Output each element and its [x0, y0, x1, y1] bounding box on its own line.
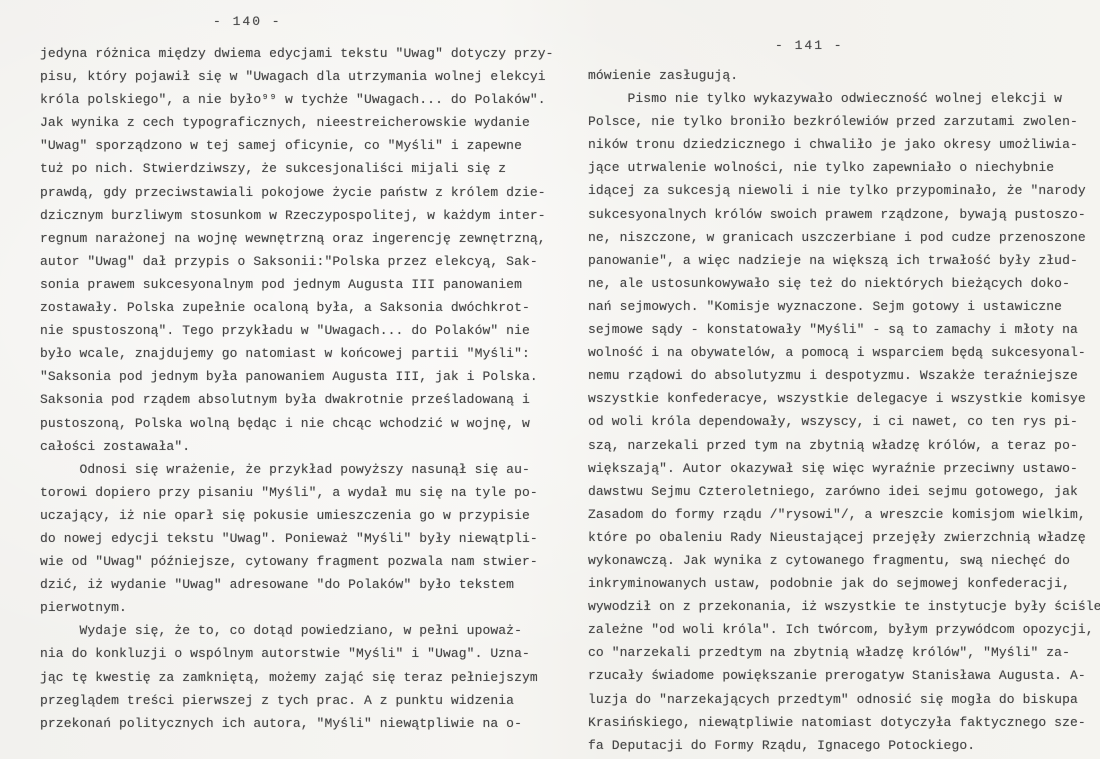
- text-line: Odnosi się wrażenie, że przykład powyższ…: [40, 458, 540, 481]
- text-line: przeglądem treści pierwszej z tych prac.…: [40, 689, 540, 712]
- text-line: zależne "od woli króla". Ich twórcom, by…: [588, 618, 1080, 641]
- text-line: pisu, który pojawił się w "Uwagach dla u…: [40, 65, 540, 88]
- text-line: sonia prawem sukcesyonalnym pod jednym A…: [40, 273, 540, 296]
- scanned-document: - 140 - jedyna różnica między dwiema edy…: [0, 0, 1100, 759]
- text-line: nań sejmowych. "Komisje wyznaczone. Sejm…: [588, 295, 1080, 318]
- text-line: wykonawczą. Jak wynika z cytowanego frag…: [588, 549, 1080, 572]
- text-line: jąc tę kwestię za zamkniętą, możemy zają…: [40, 666, 540, 689]
- text-line: przekonań politycznych ich autora, "Myśl…: [40, 712, 540, 735]
- text-line: autor "Uwag" dał przypis o Saksonii:"Pol…: [40, 250, 540, 273]
- text-line: rzucały świadome powiększanie prerogatyw…: [588, 664, 1080, 687]
- text-line: nemu rządowi do absolutyzmu i despotyzmu…: [588, 364, 1080, 387]
- text-line: "Uwag" sporządzono w tej samej oficynie,…: [40, 134, 540, 157]
- text-line: jące utrwalenie wolności, nie tylko zape…: [588, 156, 1080, 179]
- text-line: było wcale, znajdujemy go natomiast w ko…: [40, 342, 540, 365]
- right-page-number: - 141 -: [775, 38, 844, 53]
- text-line: Polsce, nie tylko broniło bezkrólewiów p…: [588, 110, 1080, 133]
- text-line: szą, narzekali przed tym na zbytnią wład…: [588, 434, 1080, 457]
- text-line: torowi dopiero przy pisaniu "Myśli", a w…: [40, 481, 540, 504]
- text-line: Saksonia pod rządem absolutnym była dwak…: [40, 388, 540, 411]
- text-line: króla polskiego", a nie było⁹⁹ w tychże …: [40, 88, 540, 111]
- text-line: "Saksonia pod jednym była panowaniem Aug…: [40, 365, 540, 388]
- text-line: nie spustoszoną". Tego przykładu w "Uwag…: [40, 319, 540, 342]
- text-line: od woli króla dependowały, wszyscy, i ci…: [588, 410, 1080, 433]
- text-line: dzicznym burzliwym stosunkom w Rzeczypos…: [40, 204, 540, 227]
- text-line: Krasińskiego, niewątpliwie natomiast dot…: [588, 711, 1080, 734]
- text-line: które po obaleniu Rady Nieustającej prze…: [588, 526, 1080, 549]
- text-line: Wydaje się, że to, co dotąd powiedziano,…: [40, 619, 540, 642]
- text-line: prawdą, gdy przeciwstawiali pokojowe życ…: [40, 181, 540, 204]
- text-line: jedyna różnica między dwiema edycjami te…: [40, 42, 540, 65]
- text-line: całości zostawała".: [40, 435, 540, 458]
- text-line: mówienie zasługują.: [588, 64, 1080, 87]
- text-line: Zasadom do formy rządu /"rysowi"/, a wre…: [588, 503, 1080, 526]
- text-line: sukcesyonalnych królów swoich prawem rzą…: [588, 203, 1080, 226]
- text-line: inkryminowanych ustaw, podobnie jak do s…: [588, 572, 1080, 595]
- text-line: do nowej edycji tekstu "Uwag". Ponieważ …: [40, 527, 540, 550]
- text-line: ne, niszczone, w granicach uszczerbiane …: [588, 226, 1080, 249]
- text-line: regnum narażonej na wojnę wewnętrzną ora…: [40, 227, 540, 250]
- text-line: co "narzekali przedtym na zbytnią władzę…: [588, 641, 1080, 664]
- right-page-text: mówienie zasługują. Pismo nie tylko wyka…: [588, 64, 1080, 757]
- text-line: pustoszoną, Polska wolną będąc i nie chc…: [40, 412, 540, 435]
- text-line: Jak wynika z cech typograficznych, niees…: [40, 111, 540, 134]
- text-line: luzja do "narzekających przedtym" odnosi…: [588, 688, 1080, 711]
- text-line: nia do konkluzji o wspólnym autorstwie "…: [40, 642, 540, 665]
- text-line: idącej za sukcesją niewoli i nie tylko p…: [588, 179, 1080, 202]
- text-line: Pismo nie tylko wykazywało odwieczność w…: [588, 87, 1080, 110]
- text-line: ne, ale ustosunkowywało się też do niekt…: [588, 272, 1080, 295]
- text-line: wolność i na obywatelów, a pomocą i wspa…: [588, 341, 1080, 364]
- text-line: wie od "Uwag" późniejsze, cytowany fragm…: [40, 550, 540, 573]
- text-line: pierwotnym.: [40, 596, 540, 619]
- text-line: panowanie", a więc nadzieje na większą i…: [588, 249, 1080, 272]
- text-line: tuż po nich. Stwierdziwszy, że sukcesjon…: [40, 157, 540, 180]
- text-line: wywodził on z przekonania, iż wszystkie …: [588, 595, 1080, 618]
- left-page-text: jedyna różnica między dwiema edycjami te…: [40, 42, 540, 735]
- text-line: dzić, iż wydanie "Uwag" adresowane "do P…: [40, 573, 540, 596]
- text-line: większają". Autor okazywał się więc wyra…: [588, 457, 1080, 480]
- text-line: ników tronu dziedzicznego i chwaliło je …: [588, 133, 1080, 156]
- text-line: zostawały. Polska zupełnie ocaloną była,…: [40, 296, 540, 319]
- text-line: dawstwu Sejmu Czteroletniego, zarówno id…: [588, 480, 1080, 503]
- left-page-number: - 140 -: [213, 14, 282, 29]
- text-line: wszystkie konfederacye, wszystkie delega…: [588, 387, 1080, 410]
- text-line: sejmowe sądy - konstatowały "Myśli" - są…: [588, 318, 1080, 341]
- text-line: fa Deputacji do Formy Rządu, Ignacego Po…: [588, 734, 1080, 757]
- text-line: uczający, iż nie oparł się pokusie umies…: [40, 504, 540, 527]
